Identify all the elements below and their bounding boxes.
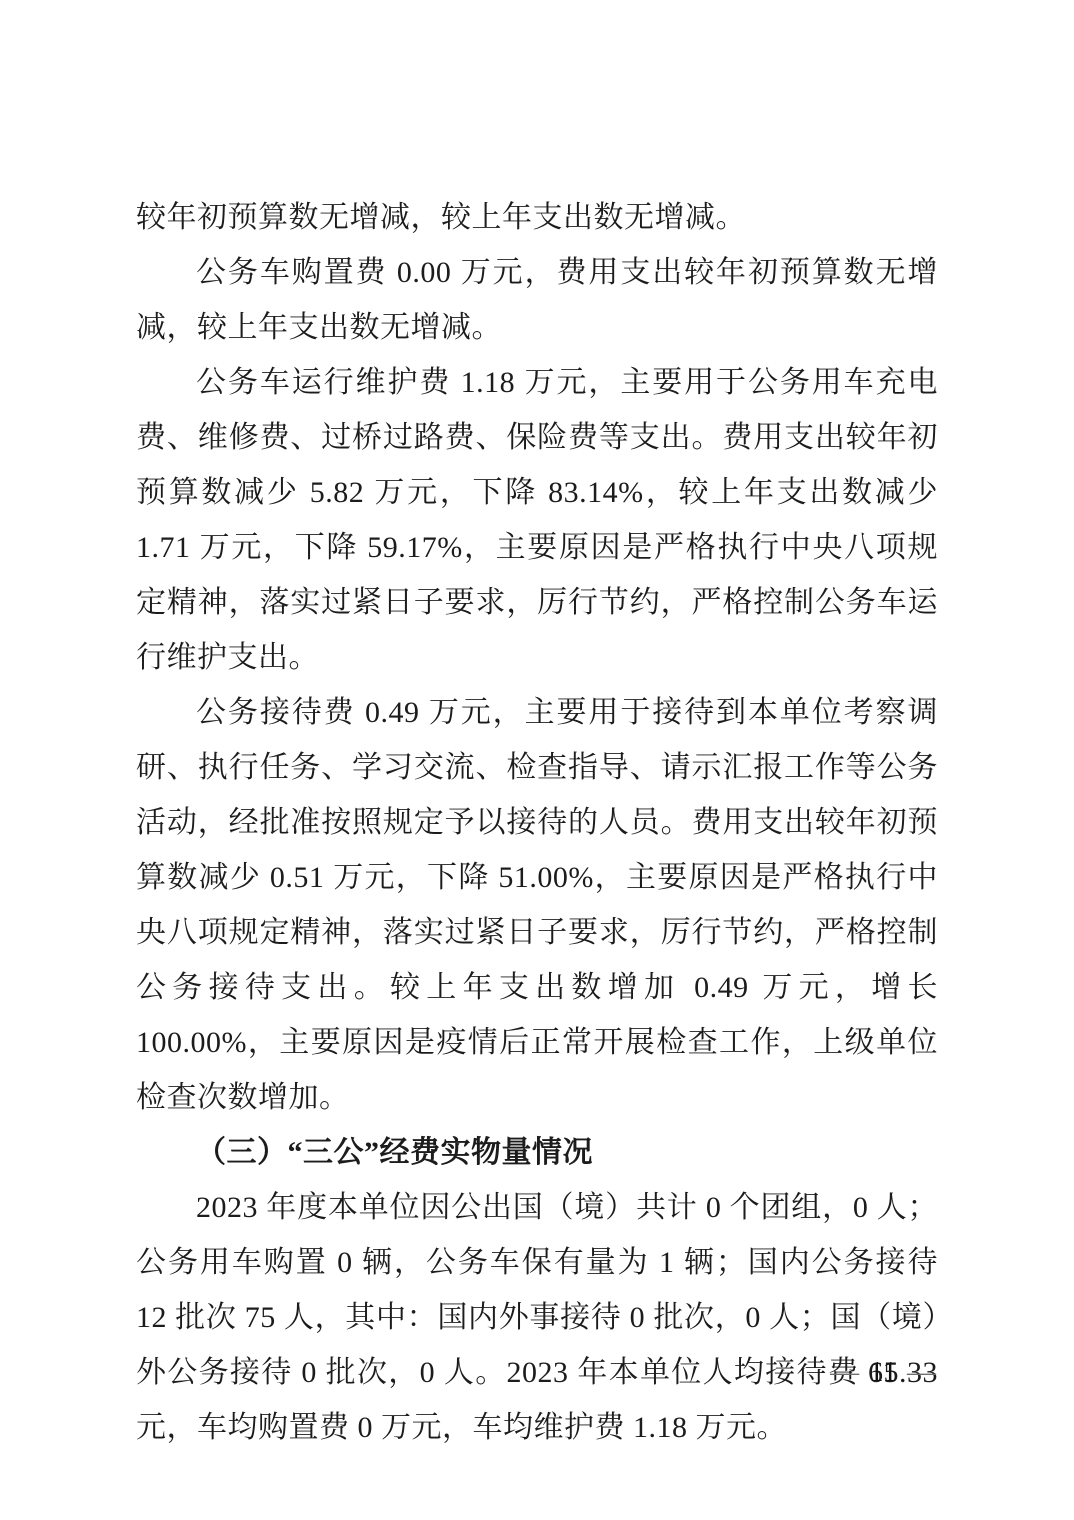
- footer-left-dash: —: [830, 1356, 859, 1388]
- footer-right-dash: —: [907, 1356, 936, 1388]
- paragraph-vehicle-purchase: 公务车购置费 0.00 万元，费用支出较年初预算数无增减，较上年支出数无增减。: [136, 245, 938, 355]
- paragraph-vehicle-maintenance: 公务车运行维护费 1.18 万元，主要用于公务用车充电费、维修费、过桥过路费、保…: [136, 355, 938, 685]
- paragraph-continuation: 较年初预算数无增减，较上年支出数无增减。: [136, 190, 938, 245]
- section-heading: （三）“三公”经费实物量情况: [136, 1125, 938, 1180]
- page-footer: —11—: [830, 1352, 936, 1392]
- document-page: 较年初预算数无增减，较上年支出数无增减。 公务车购置费 0.00 万元，费用支出…: [0, 0, 1074, 1520]
- paragraph-physical-quantities: 2023 年度本单位因公出国（境）共计 0 个团组，0 人；公务用车购置 0 辆…: [136, 1180, 938, 1455]
- document-body: 较年初预算数无增减，较上年支出数无增减。 公务车购置费 0.00 万元，费用支出…: [136, 190, 938, 1455]
- paragraph-official-reception: 公务接待费 0.49 万元，主要用于接待到本单位考察调研、执行任务、学习交流、检…: [136, 685, 938, 1125]
- page-number: 11: [869, 1356, 897, 1388]
